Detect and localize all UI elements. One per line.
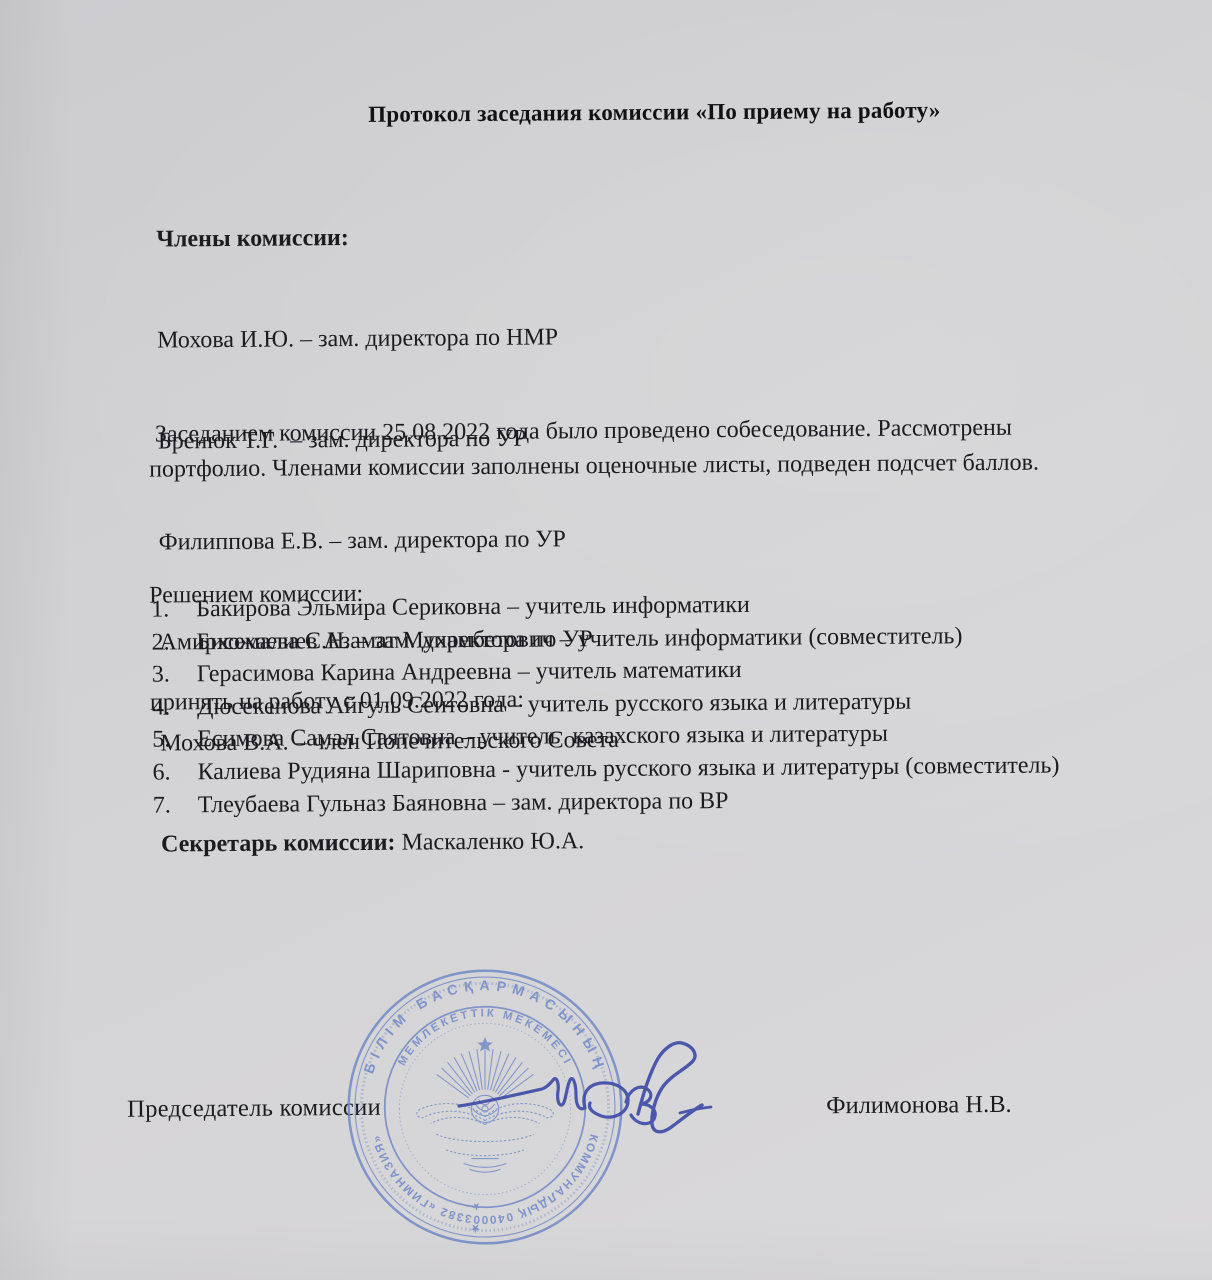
meeting-paragraph: Заседанием комиссии 25.08.2022 года было… [149,410,1110,488]
hired-number: 6. [152,756,197,789]
hired-number: 2. [151,626,196,659]
signature-ink [430,998,740,1168]
secretary-name: Маскаленко Ю.А. [395,828,584,855]
secretary-label: Секретарь комиссии: [161,830,396,858]
hired-name: Есимова Самал Саятовна – учитель казахск… [197,721,888,752]
hired-name: Бисемалиев Азамат Мухамбетович – учитель… [196,623,962,655]
hired-row: 7.Тлеубаева Гульназ Баяновна – зам. дире… [153,782,1060,822]
chairman-name: Филимонова Н.В. [826,1091,1012,1120]
hired-number: 5. [152,724,197,757]
hired-number: 3. [152,658,197,691]
hired-number: 7. [153,789,198,822]
document-title: Протокол заседания комиссии «По приему н… [48,95,1212,131]
hired-name: Бакирова Эльмира Сериковна – учитель инф… [196,592,750,622]
members-heading: Члены комиссии: [156,220,615,257]
document-page: Протокол заседания комиссии «По приему н… [0,0,1212,1280]
secretary-line: Секретарь комиссии: Маскаленко Ю.А. [161,825,620,862]
hired-name: Дюсекенова Айгуль Сеитовна – учитель рус… [197,688,911,720]
hired-list: 1.Бакирова Эльмира Сериковна – учитель и… [151,586,1060,821]
hired-name: Калиева Рудияна Шариповна - учитель русс… [197,752,1059,785]
stamp-star-icon: ★ [472,1200,481,1211]
hired-number: 1. [151,593,196,626]
hired-name: Тлеубаева Гульназ Баяновна – зам. директ… [198,788,729,818]
stamp-star-icon: ★ [470,1222,480,1234]
member-line: Мохова И.Ю. – зам. директора по НМР [157,321,616,358]
hired-number: 4. [152,691,197,724]
hired-name: Герасимова Карина Андреевна – учитель ма… [197,657,742,687]
